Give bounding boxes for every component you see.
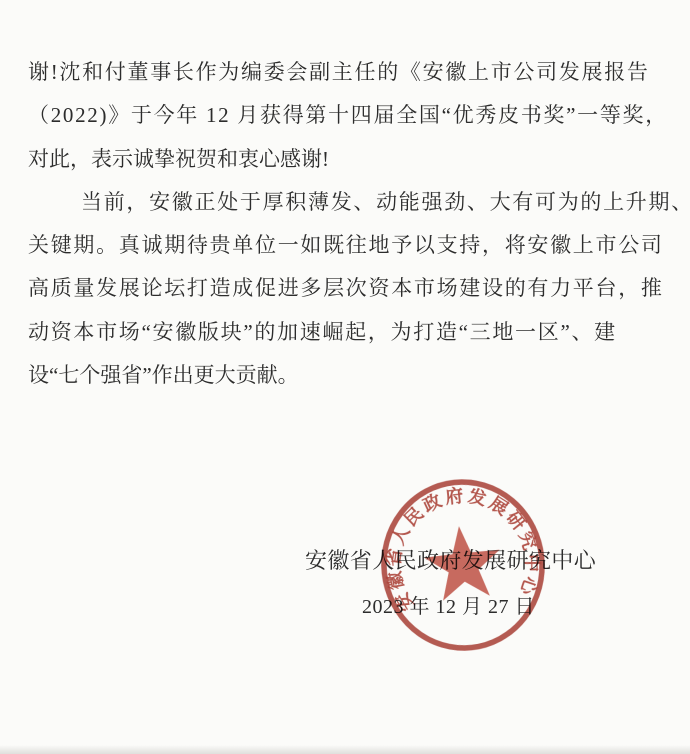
text-line: 关键期。真诚期待贵单位一如既往地予以支持，将安徽上市公司 xyxy=(28,224,666,267)
text-line: （2022)》于今年 12 月获得第十四届全国“优秀皮书奖”一等奖， xyxy=(28,94,666,137)
body-text: 谢!沈和付董事长作为编委会副主任的《安徽上市公司发展报告（2022)》于今年 1… xyxy=(28,51,666,397)
document-page: 谢!沈和付董事长作为编委会副主任的《安徽上市公司发展报告（2022)》于今年 1… xyxy=(0,0,690,754)
seal-star-icon xyxy=(421,522,504,602)
text-line: 高质量发展论坛打造成促进多层次资本市场建设的有力平台，推 xyxy=(28,267,666,310)
text-line: 对此，表示诚挚祝贺和衷心感谢! xyxy=(28,138,666,181)
text-line: 设“七个强省”作出更大贡献。 xyxy=(28,354,666,397)
page-bottom-shade xyxy=(0,745,690,754)
official-seal: 安徽省人民政府发展研究中心 xyxy=(347,449,580,682)
text-line: 当前，安徽正处于厚积薄发、动能强劲、大有可为的上升期、 xyxy=(28,181,666,224)
text-line: 谢!沈和付董事长作为编委会副主任的《安徽上市公司发展报告 xyxy=(28,51,666,94)
text-line: 动资本市场“安徽版块”的加速崛起，为打造“三地一区”、建 xyxy=(28,311,666,354)
